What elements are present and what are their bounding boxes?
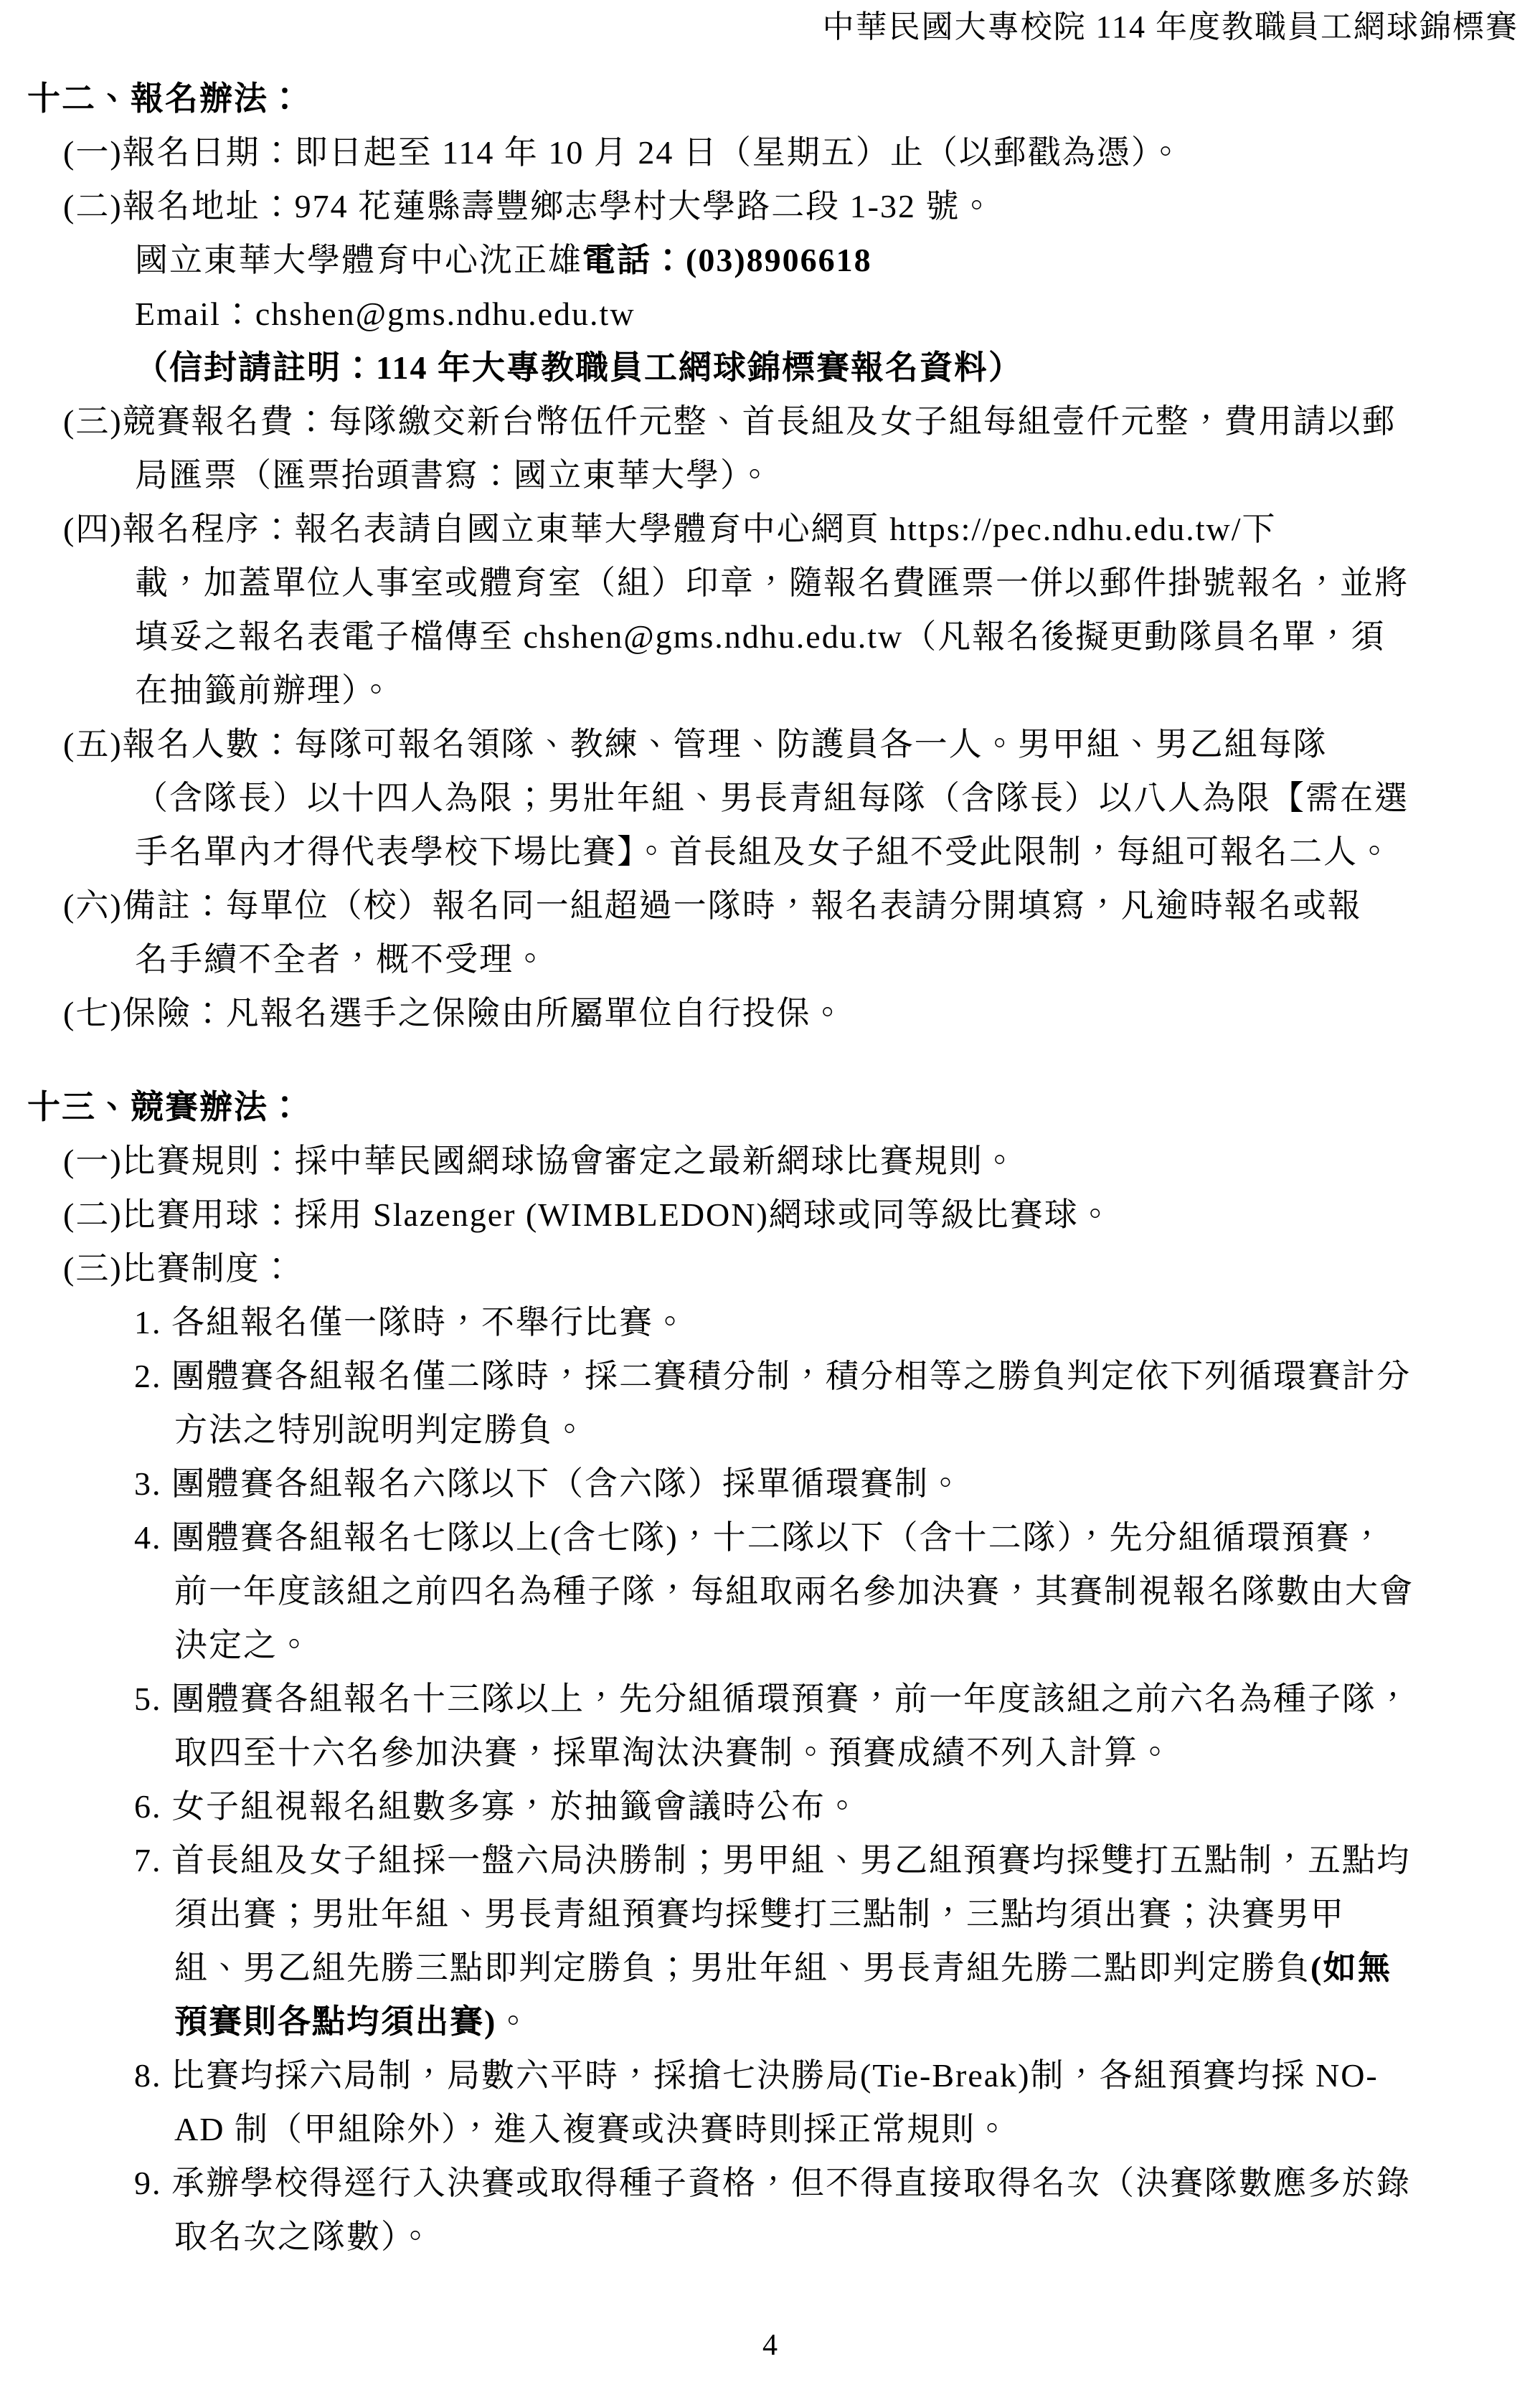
text-line: 填妥之報名表電子檔傳至 chshen@gms.ndhu.edu.tw（凡報名後擬…	[0, 610, 1540, 663]
text-run: (五)報名人數：每隊可報名領隊、教練、管理、防護員各一人。男甲組、男乙組每隊	[63, 726, 1328, 762]
text-line: Email：chshen@gms.ndhu.edu.tw	[0, 287, 1540, 341]
document-page: 中華民國大專校院 114 年度教職員工網球錦標賽 十二、報名辦法：(一)報名日期…	[0, 0, 1540, 2382]
text-run: (一)報名日期：即日起至 114 年 10 月 24 日（星期五）止（以郵戳為憑…	[63, 134, 1184, 171]
text-line: 在抽籤前辦理）。	[0, 663, 1540, 717]
text-run: (二)比賽用球：採用 Slazenger (WIMBLEDON)網球或同等級比賽…	[63, 1196, 1113, 1233]
text-run: 6. 女子組視報名組數多寡，於抽籤會議時公布。	[134, 1788, 860, 1825]
text-line: 名手續不全者，概不受理。	[0, 932, 1540, 986]
text-run: 1. 各組報名僅一隊時，不舉行比賽。	[134, 1304, 688, 1341]
bold-text-run: 預賽則各點均須出賽)	[174, 2003, 496, 2040]
document-header-title: 中華民國大專校院 114 年度教職員工網球錦標賽	[0, 7, 1518, 47]
text-run: （含隊長）以十四人為限；男壯年組、男長青組每隊（含隊長）以八人為限【需在選	[135, 780, 1409, 816]
text-line: 7. 首長組及女子組採一盤六局決勝制；男甲組、男乙組預賽均採雙打五點制，五點均	[0, 1833, 1540, 1887]
text-run: 須出賽；男壯年組、男長青組預賽均採雙打三點制，三點均須出賽；決賽男甲	[174, 1896, 1345, 1932]
text-line: （信封請註明：114 年大專教職員工網球錦標賽報名資料）	[0, 341, 1540, 394]
text-run: 5. 團體賽各組報名十三隊以上，先分組循環預賽，前一年度該組之前六名為種子隊，	[134, 1681, 1411, 1717]
bold-text-run: 十三、競賽辦法：	[27, 1089, 303, 1125]
text-run: (三)比賽制度：	[63, 1250, 295, 1287]
text-run: 。	[496, 2003, 531, 2040]
text-run: 載，加蓋單位人事室或體育室（組）印章，隨報名費匯票一併以郵件掛號報名，並將	[135, 564, 1409, 601]
text-line: 3. 團體賽各組報名六隊以下（含六隊）採單循環賽制。	[0, 1457, 1540, 1511]
bold-text-run: (如無	[1310, 1949, 1392, 1986]
text-line: 方法之特別說明判定勝負。	[0, 1403, 1540, 1457]
text-run: 3. 團體賽各組報名六隊以下（含六隊）採單循環賽制。	[134, 1465, 963, 1502]
text-run: 4. 團體賽各組報名七隊以上(含七隊)，十二隊以下（含十二隊），先分組循環預賽，	[134, 1519, 1385, 1556]
text-line: (七)保險：凡報名選手之保險由所屬單位自行投保。	[0, 986, 1540, 1040]
text-line: (一)報名日期：即日起至 114 年 10 月 24 日（星期五）止（以郵戳為憑…	[0, 126, 1540, 179]
text-line: (二)比賽用球：採用 Slazenger (WIMBLEDON)網球或同等級比賽…	[0, 1188, 1540, 1242]
text-run: (一)比賽規則：採中華民國網球協會審定之最新網球比賽規則。	[63, 1143, 1018, 1179]
text-line: (六)備註：每單位（校）報名同一組超過一隊時，報名表請分開填寫，凡逾時報名或報	[0, 879, 1540, 932]
text-line: (三)比賽制度：	[0, 1242, 1540, 1295]
text-line: 須出賽；男壯年組、男長青組預賽均採雙打三點制，三點均須出賽；決賽男甲	[0, 1887, 1540, 1941]
section-heading: 十二、報名辦法：	[0, 72, 1540, 126]
text-run: 在抽籤前辦理）。	[135, 672, 394, 709]
text-line: 國立東華大學體育中心沈正雄電話：(03)8906618	[0, 233, 1540, 287]
text-run: (七)保險：凡報名選手之保險由所屬單位自行投保。	[63, 995, 846, 1031]
bold-text-run: 電話：(03)8906618	[582, 242, 872, 278]
text-run: 決定之。	[174, 1627, 312, 1663]
text-run: 取四至十六名參加決賽，採單淘汰決賽制。預賽成績不列入計算。	[174, 1734, 1173, 1771]
text-run: (四)報名程序：報名表請自國立東華大學體育中心網頁 https://pec.nd…	[63, 511, 1276, 547]
text-run: 填妥之報名表電子檔傳至 chshen@gms.ndhu.edu.tw（凡報名後擬…	[135, 618, 1385, 655]
text-run: 前一年度該組之前四名為種子隊，每組取兩名參加決賽，其賽制視報名隊數由大會	[174, 1573, 1414, 1610]
text-run: (二)報名地址：974 花蓮縣壽豐鄉志學村大學路二段 1-32 號。	[63, 188, 994, 225]
text-line: (四)報名程序：報名表請自國立東華大學體育中心網頁 https://pec.nd…	[0, 502, 1540, 556]
text-line: 載，加蓋單位人事室或體育室（組）印章，隨報名費匯票一併以郵件掛號報名，並將	[0, 556, 1540, 610]
text-run: 取名次之隊數）。	[174, 2218, 433, 2255]
text-line: (一)比賽規則：採中華民國網球協會審定之最新網球比賽規則。	[0, 1134, 1540, 1188]
text-run: 方法之特別說明判定勝負。	[174, 1412, 587, 1448]
text-run: (三)競賽報名費：每隊繳交新台幣伍仟元整、首長組及女子組每組壹仟元整，費用請以郵	[63, 403, 1397, 440]
text-line: （含隊長）以十四人為限；男壯年組、男長青組每隊（含隊長）以八人為限【需在選	[0, 771, 1540, 825]
text-run: 9. 承辦學校得逕行入決賽或取得種子資格，但不得直接取得名次（決賽隊數應多於錄	[134, 2165, 1411, 2201]
text-line: (三)競賽報名費：每隊繳交新台幣伍仟元整、首長組及女子組每組壹仟元整，費用請以郵	[0, 394, 1540, 448]
text-line: 6. 女子組視報名組數多寡，於抽籤會議時公布。	[0, 1780, 1540, 1833]
bold-text-run: 十二、報名辦法：	[27, 80, 303, 117]
text-line: (二)報名地址：974 花蓮縣壽豐鄉志學村大學路二段 1-32 號。	[0, 179, 1540, 233]
text-run: 組、男乙組先勝三點即判定勝負；男壯年組、男長青組先勝二點即判定勝負	[174, 1949, 1310, 1986]
text-line: 9. 承辦學校得逕行入決賽或取得種子資格，但不得直接取得名次（決賽隊數應多於錄	[0, 2156, 1540, 2210]
text-line: AD 制（甲組除外），進入複賽或決賽時則採正常規則。	[0, 2102, 1540, 2156]
text-run: 局匯票（匯票抬頭書寫：國立東華大學）。	[135, 457, 773, 493]
text-run: 8. 比賽均採六局制，局數六平時，採搶七決勝局(Tie-Break)制，各組預賽…	[134, 2057, 1379, 2094]
text-line: 組、男乙組先勝三點即判定勝負；男壯年組、男長青組先勝二點即判定勝負(如無	[0, 1941, 1540, 1995]
text-run: Email：chshen@gms.ndhu.edu.tw	[135, 296, 636, 332]
section-heading: 十三、競賽辦法：	[0, 1080, 1540, 1134]
text-line: 手名單內才得代表學校下場比賽】。首長組及女子組不受此限制，每組可報名二人。	[0, 825, 1540, 879]
text-line: 4. 團體賽各組報名七隊以上(含七隊)，十二隊以下（含十二隊），先分組循環預賽，	[0, 1511, 1540, 1564]
text-line: 決定之。	[0, 1618, 1540, 1672]
document-body: 十二、報名辦法：(一)報名日期：即日起至 114 年 10 月 24 日（星期五…	[0, 72, 1540, 2264]
text-line: 預賽則各點均須出賽)。	[0, 1995, 1540, 2048]
text-run: (六)備註：每單位（校）報名同一組超過一隊時，報名表請分開填寫，凡逾時報名或報	[63, 887, 1362, 924]
bold-text-run: （信封請註明：114 年大專教職員工網球錦標賽報名資料）	[135, 349, 1023, 386]
text-line: 8. 比賽均採六局制，局數六平時，採搶七決勝局(Tie-Break)制，各組預賽…	[0, 2048, 1540, 2102]
text-line: 2. 團體賽各組報名僅二隊時，採二賽積分制，積分相等之勝負判定依下列循環賽計分	[0, 1349, 1540, 1403]
text-run: 2. 團體賽各組報名僅二隊時，採二賽積分制，積分相等之勝負判定依下列循環賽計分	[134, 1358, 1411, 1394]
text-run: 7. 首長組及女子組採一盤六局決勝制；男甲組、男乙組預賽均採雙打五點制，五點均	[134, 1842, 1411, 1878]
text-run: 國立東華大學體育中心沈正雄	[135, 242, 582, 278]
text-run: 名手續不全者，概不受理。	[135, 941, 548, 978]
page-number: 4	[0, 2329, 1540, 2362]
text-line: (五)報名人數：每隊可報名領隊、教練、管理、防護員各一人。男甲組、男乙組每隊	[0, 717, 1540, 771]
text-line: 前一年度該組之前四名為種子隊，每組取兩名參加決賽，其賽制視報名隊數由大會	[0, 1564, 1540, 1618]
text-line: 取四至十六名參加決賽，採單淘汰決賽制。預賽成績不列入計算。	[0, 1726, 1540, 1780]
text-line: 5. 團體賽各組報名十三隊以上，先分組循環預賽，前一年度該組之前六名為種子隊，	[0, 1672, 1540, 1726]
text-line: 局匯票（匯票抬頭書寫：國立東華大學）。	[0, 448, 1540, 502]
text-line: 取名次之隊數）。	[0, 2210, 1540, 2264]
text-line: 1. 各組報名僅一隊時，不舉行比賽。	[0, 1295, 1540, 1349]
text-run: AD 制（甲組除外），進入複賽或決賽時則採正常規則。	[174, 2111, 1010, 2147]
text-run: 手名單內才得代表學校下場比賽】。首長組及女子組不受此限制，每組可報名二人。	[135, 833, 1392, 870]
